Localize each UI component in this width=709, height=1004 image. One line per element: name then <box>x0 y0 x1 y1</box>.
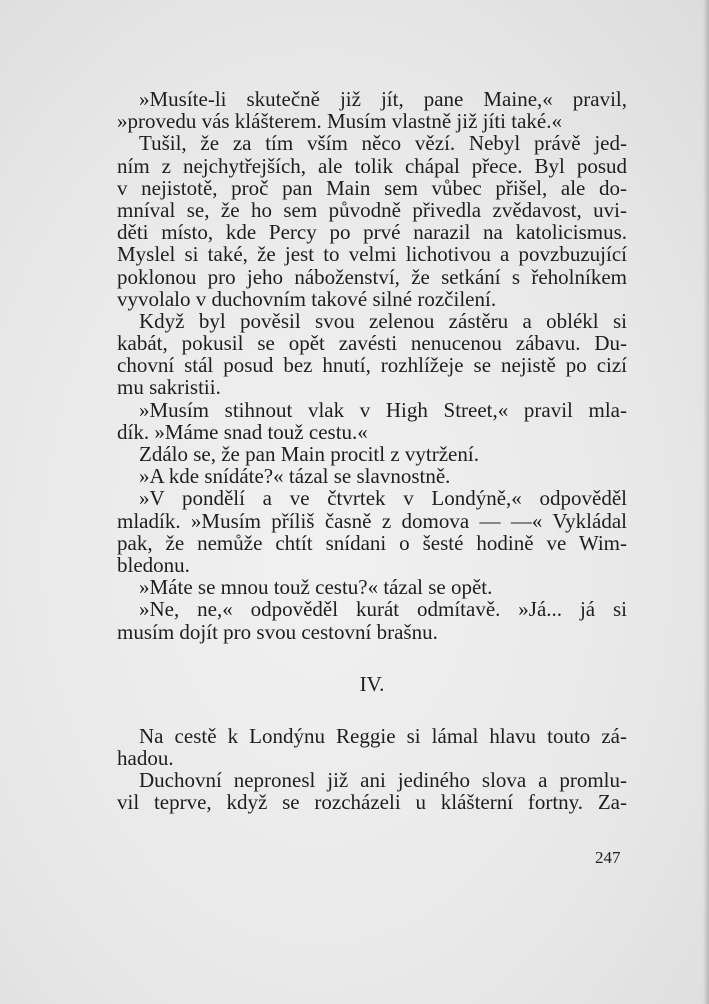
paragraph: Zdálo se, že pan Main procitl z vytržení… <box>117 443 627 465</box>
text-line: »A kde snídáte?« tázal se slavnostně. <box>117 465 627 487</box>
paragraph: Tušil, že za tím vším něco vězí. Nebyl p… <box>117 132 627 310</box>
text-line: pak, že nemůže chtít snídani o šesté hod… <box>117 532 627 554</box>
text-line: bledonu. <box>117 554 627 576</box>
paragraph: Na cestě k Londýnu Reggie si lámal hlavu… <box>117 725 627 769</box>
text-line: hadou. <box>117 747 627 769</box>
text-line: Myslel si také, že jest to velmi lichoti… <box>117 243 627 265</box>
text-line: musím dojít pro svou cestovní brašnu. <box>117 621 627 643</box>
book-page: »Musíte-li skutečně již jít, pane Maine,… <box>0 0 709 1004</box>
page-number: 247 <box>595 848 621 868</box>
text-line: Na cestě k Londýnu Reggie si lámal hlavu… <box>117 725 627 747</box>
text-line: Tušil, že za tím vším něco vězí. Nebyl p… <box>117 132 627 154</box>
section-heading: IV. <box>117 673 627 695</box>
paragraph: Když byl pověsil svou zelenou zástěru a … <box>117 310 627 399</box>
text-line: »provedu vás klášterem. Musím vlastně ji… <box>117 110 627 132</box>
text-line: dík. »Máme snad touž cestu.« <box>117 421 627 443</box>
text-line: poklonou pro jeho náboženství, že setkán… <box>117 266 627 288</box>
text-line: Zdálo se, že pan Main procitl z vytržení… <box>117 443 627 465</box>
text-line: mníval se, že ho sem původně přivedla zv… <box>117 199 627 221</box>
text-line: vil teprve, když se rozcházeli u klášter… <box>117 791 627 813</box>
section-spacing <box>117 695 627 725</box>
text-line: vyvolalo v duchovním takové silné rozčil… <box>117 288 627 310</box>
text-line: »V pondělí a ve čtvrtek v Londýně,« odpo… <box>117 487 627 509</box>
text-line: děti místo, kde Percy po prvé narazil na… <box>117 221 627 243</box>
paragraph: »Musím stihnout vlak v High Street,« pra… <box>117 399 627 443</box>
text-line: »Musíte-li skutečně již jít, pane Maine,… <box>117 88 627 110</box>
text-line: mladík. »Musím příliš časně z domova — —… <box>117 510 627 532</box>
page-body: »Musíte-li skutečně již jít, pane Maine,… <box>117 88 627 814</box>
text-line: mu sakristii. <box>117 376 627 398</box>
text-line: »Máte se mnou touž cestu?« tázal se opět… <box>117 576 627 598</box>
paragraph: »Máte se mnou touž cestu?« tázal se opět… <box>117 576 627 598</box>
paragraph: »A kde snídáte?« tázal se slavnostně. <box>117 465 627 487</box>
text-line: Když byl pověsil svou zelenou zástěru a … <box>117 310 627 332</box>
text-line: »Ne, ne,« odpověděl kurát odmítavě. »Já.… <box>117 598 627 620</box>
paragraph: »V pondělí a ve čtvrtek v Londýně,« odpo… <box>117 487 627 576</box>
text-line: v nejistotě, proč pan Main sem vůbec při… <box>117 177 627 199</box>
text-line: ním z nejchytřejších, ale tolik chápal p… <box>117 155 627 177</box>
text-line: »Musím stihnout vlak v High Street,« pra… <box>117 399 627 421</box>
section-spacing <box>117 643 627 673</box>
paragraph: »Ne, ne,« odpověděl kurát odmítavě. »Já.… <box>117 598 627 642</box>
paragraph: »Musíte-li skutečně již jít, pane Maine,… <box>117 88 627 132</box>
text-line: Duchovní nepronesl již ani jediného slov… <box>117 769 627 791</box>
text-line: chovní stál posud bez hnutí, rozhlížeje … <box>117 354 627 376</box>
paragraph: Duchovní nepronesl již ani jediného slov… <box>117 769 627 813</box>
text-line: kabát, pokusil se opět zavésti nenucenou… <box>117 332 627 354</box>
